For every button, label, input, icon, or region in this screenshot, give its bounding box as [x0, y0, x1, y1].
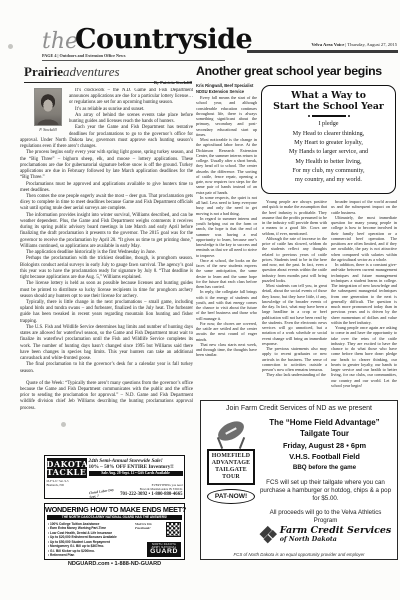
article-paragraph: The final proclamation to hit the govern… — [20, 362, 193, 374]
facebook-note: Visit Us On Facebook! — [135, 522, 161, 530]
fcs-sub: of North Dakota — [280, 536, 392, 543]
phone-numbers: 701-222-3092 • 1-800-880-4665 — [120, 492, 182, 497]
edition-line: Velva Area Voice | Thursday, August 27, … — [311, 42, 397, 47]
closed-notice: Closed Labor Day Sept. 7 — [88, 486, 120, 498]
article-paragraph: Proclamations must be approved and appli… — [20, 182, 193, 194]
pledge-box-title: What a Way to Start the School Year — [268, 91, 389, 112]
left-article-title-bold: Prairie — [24, 64, 63, 79]
article-paragraph: Once at school, the looks on the faces o… — [196, 258, 257, 290]
dakota-tackle-ad: DAKOTA TACKLE M-F 9-6 • Sat. 9-5 Bismarc… — [44, 455, 185, 499]
fcs-event-datetime: Friday, August 28 • 6pm — [255, 441, 394, 450]
headline: Another great school year begins — [196, 64, 400, 78]
guard-ad-right: Visit Us On Facebook! NORTH DAKOTA ARMY … — [135, 522, 181, 558]
fcs-body-1: FCS will set up their tailgate where you… — [259, 479, 392, 503]
store-city: Bismarck, ND — [47, 484, 87, 488]
article-column-3: broader impact of the world around us an… — [331, 199, 397, 391]
guard-contact-footer: NDGUARD.com • 1-888-ND-GUARD — [45, 559, 184, 568]
store-address: M-F 9-6 • Sat. 9-5 Bismarck, ND — [47, 478, 87, 487]
masthead-rule — [247, 50, 398, 53]
left-article-byline: By Patricia Stockdill — [24, 80, 192, 85]
farm-credit-wordmark: Farm Credit Services of North Dakota — [280, 526, 392, 543]
grill-utensils-icon — [207, 439, 255, 447]
article-paragraph: Ultimately, the most immediate question … — [331, 215, 397, 262]
dakota-tackle-left: DAKOTA TACKLE M-F 9-6 • Sat. 9-5 Bismarc… — [47, 458, 87, 497]
article-column-2: Young people are always positive and qui… — [262, 199, 327, 391]
article-paragraph: Most noticeable is the change in the agr… — [196, 137, 257, 195]
article-paragraph: That new class starts next week, and thr… — [196, 342, 257, 358]
newspaper-page: theCountryside Velva Area Voice | Thursd… — [0, 0, 400, 600]
left-article-body: It’s clockwork – the N.D. Game and Fish … — [20, 88, 193, 412]
pledge-divider — [268, 115, 389, 117]
pledge-line: My Head to clearer thinking, — [268, 129, 389, 138]
pledge-line: My Health to better living, — [268, 157, 389, 166]
sale-discount: 10% – 50% OFF ENTIRE Inventory!! — [89, 464, 183, 470]
pledge-text: I pledge My Head to clearer thinking, My… — [268, 119, 389, 184]
logo-line: ADVANTAGE — [210, 460, 252, 467]
masthead-name: Countryside — [75, 24, 252, 55]
article-paragraph: The process begins early every year with… — [20, 150, 193, 181]
section-line: PAGE 4 | Outdoors and Extension Office N… — [42, 53, 225, 61]
fcs-event-details: The “Home Field Advantage” Tailgate Tour… — [255, 418, 394, 471]
pledge-line: my country, and my world. — [268, 175, 389, 184]
article-paragraph: Typically, there is little change in the… — [20, 300, 193, 325]
article-paragraph: For now, the chores are covered, the cat… — [196, 321, 257, 342]
guard-logo-main: GUARD — [150, 549, 178, 556]
divider-line — [312, 115, 346, 117]
article-column-1: Every fall means the start of the school… — [196, 95, 257, 390]
quote-of-the-week: Quote of the Week: “Typically there aren… — [20, 381, 193, 412]
pledge-title-line-2: Start the School Year — [268, 102, 389, 113]
homefield-advantage-badge: HOMEFIELD ADVANTAGE TAILGATE TOUR — [207, 449, 255, 485]
masthead-title: theCountryside — [42, 24, 252, 55]
logo-word: TACKLE — [47, 468, 87, 476]
pledge-box: What a Way to Start the School Year I pl… — [261, 85, 396, 194]
masthead-the: the — [42, 29, 78, 54]
byline-org: NDSU Extension Service — [196, 89, 253, 95]
article-paragraph: Young people are always positive and qui… — [262, 199, 327, 236]
tailgate-tour-logo: HOMEFIELD ADVANTAGE TAILGATE TOUR PAT-NO… — [207, 421, 255, 547]
fcs-event-note: BBQ before the game — [255, 464, 394, 471]
fcs-event-title-2: Tailgate Tour — [255, 429, 394, 438]
article-paragraph: The previous statements also may apply t… — [262, 346, 327, 372]
columnist-photo — [34, 88, 62, 126]
article-paragraph: In some respects, the quiet is not all b… — [196, 195, 257, 216]
fcs-body-2: All proceeds will go to the Velva Athlet… — [259, 509, 392, 525]
pat-now-badge: PAT-NOW! — [207, 489, 255, 504]
article-paragraph: Young people once again are asking to co… — [331, 325, 397, 388]
fcs-body-text: FCS will set up their tailgate where you… — [259, 479, 392, 525]
logo-line: HOMEFIELD — [210, 453, 252, 460]
national-guard-logo: NORTH DAKOTA ARMY NATIONAL GUARD — [147, 542, 181, 558]
divider-dot — [348, 115, 350, 117]
edition-date: | Thursday, August 27, 2015 — [345, 42, 397, 47]
fcs-event-location: V.H.S. Football Field — [255, 452, 394, 461]
guard-ad-body: 100% College Tuition Assistance Earn Ext… — [45, 520, 184, 559]
byline-name: Kris Ringwall, Beef Specialist — [196, 83, 253, 89]
nd-guard-ad: WONDERING HOW TO MAKE ENDS MEET? THE NOR… — [44, 503, 185, 560]
article-paragraph: Perhaps the proclamation with the tricki… — [20, 256, 193, 281]
left-article-title-italic: adventures — [63, 64, 120, 79]
logo-line: TAILGATE TOUR — [210, 467, 252, 481]
article-paragraph: They also lack understanding of the — [262, 372, 327, 377]
guard-ad-title: WONDERING HOW TO MAKE ENDS MEET? — [45, 504, 184, 514]
pledge-line: I pledge — [268, 119, 389, 128]
dakota-tackle-footer: Closed Labor Day Sept. 7 EVERYTHING you … — [89, 476, 183, 497]
article-paragraph: In regard to summer interns and youth he… — [196, 216, 257, 258]
farm-credit-logo: Farm Credit Services of North Dakota — [259, 526, 393, 543]
qr-code-icon — [166, 522, 181, 537]
article-paragraph: Most students can tell you, in great det… — [262, 283, 327, 346]
fcs-name: Farm Credit Services — [280, 526, 392, 536]
article-paragraph: The U.S. Fish and Wildlife Service deter… — [20, 325, 193, 362]
article-paragraph: The license lottery is held as soon as p… — [20, 281, 193, 300]
punch-hole-dot — [61, 422, 66, 427]
pledge-line: My Heart to greater loyalty, — [268, 138, 389, 147]
dakota-tackle-logo: DAKOTA TACKLE — [47, 458, 87, 479]
pledge-line: For my club, my community, — [268, 166, 389, 175]
fcs-intro: Join Farm Credit Services of ND as we pr… — [201, 405, 397, 412]
benefit-list: 100% College Tuition Assistance Earn Ext… — [48, 522, 133, 558]
edition-name: Velva Area Voice — [311, 42, 344, 47]
article-paragraph: Although the rate of increase in the pri… — [262, 236, 327, 283]
article-paragraph: Then comes the one people eagerly await … — [20, 194, 193, 213]
article-paragraph: In addition, there is a constant give-an… — [331, 262, 397, 325]
fcs-disclaimer: FCS of North Dakota is an equal opportun… — [201, 552, 397, 557]
divider-dot — [308, 115, 310, 117]
benefit-item: Retirement Plan — [48, 553, 133, 557]
fcs-event-title-1: The “Home Field Advantage” — [255, 418, 394, 427]
photo-caption: P. Stockdill — [28, 128, 68, 132]
stock-and-phone: EVERYTHING you need Bows & Muzzleloaders… — [120, 484, 182, 497]
article-paragraph: broader impact of the world around us an… — [331, 199, 397, 215]
article-paragraph: Every fall means the start of the school… — [196, 95, 257, 137]
punch-hole-dot — [8, 44, 13, 49]
dakota-tackle-right: 24th Semi-Annual Storewide Sale! 10% – 5… — [89, 458, 183, 497]
pledge-line: My Hands to larger service, and — [268, 147, 389, 156]
article-paragraph: In reply, the collegiate fall brings wit… — [196, 289, 257, 321]
pinwheel-diamond-icon — [261, 527, 276, 542]
right-article-byline: Kris Ringwall, Beef Specialist NDSU Exte… — [196, 83, 253, 94]
article-paragraph: The information provides insight into wi… — [20, 213, 193, 250]
farm-credit-ad: Join Farm Credit Services of ND as we pr… — [200, 400, 398, 560]
